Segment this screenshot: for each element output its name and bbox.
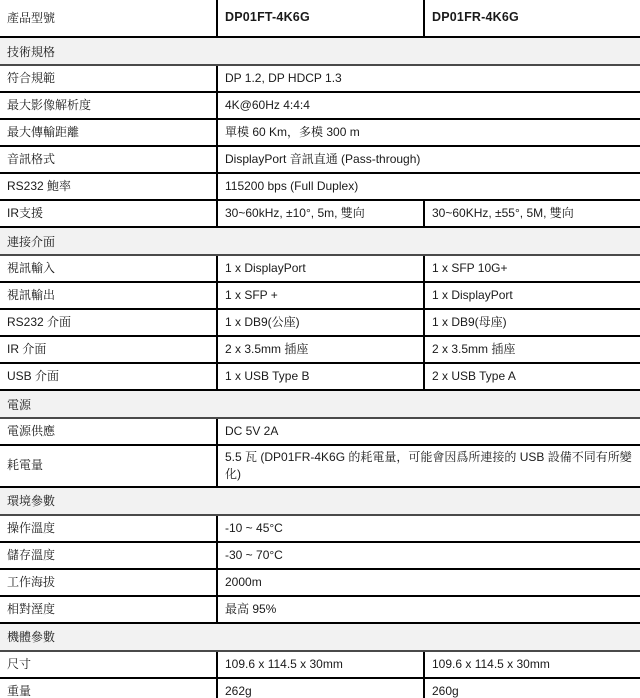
spec-value-col1: 1 x DB9(公座)	[216, 310, 423, 335]
section-header: 技術規格	[0, 38, 640, 66]
section-title: 技術規格	[7, 43, 55, 60]
spec-value-col1: 1 x USB Type B	[216, 364, 423, 389]
spec-label: 最大影像解析度	[0, 93, 216, 118]
section-title: 連接介面	[7, 233, 55, 250]
spec-value-col2: 2 x USB Type A	[423, 364, 640, 389]
spec-label: RS232 介面	[0, 310, 216, 335]
section-title: 機體參數	[7, 628, 55, 645]
spec-row: RS232 介面 1 x DB9(公座) 1 x DB9(母座)	[0, 310, 640, 337]
product-model-row: 產品型號 DP01FT-4K6G DP01FR-4K6G	[0, 0, 640, 38]
spec-value-col2: 109.6 x 114.5 x 30mm	[423, 652, 640, 677]
spec-row: 尺寸 109.6 x 114.5 x 30mm 109.6 x 114.5 x …	[0, 652, 640, 679]
spec-label: 最大傳輸距離	[0, 120, 216, 145]
spec-value-col1: 1 x DisplayPort	[216, 256, 423, 281]
product-model-label: 產品型號	[0, 0, 216, 36]
spec-row: 視訊輸出 1 x SFP + 1 x DisplayPort	[0, 283, 640, 310]
spec-value-col2: 260g	[423, 679, 640, 698]
spec-value: DC 5V 2A	[216, 419, 640, 444]
section-header: 連接介面	[0, 228, 640, 256]
spec-value: -10 ~ 45°C	[216, 516, 640, 541]
section-header: 環境參數	[0, 488, 640, 516]
product-model-col2: DP01FR-4K6G	[423, 0, 640, 36]
spec-row: IR支援 30~60kHz, ±10°, 5m, 雙向 30~60KHz, ±5…	[0, 201, 640, 228]
spec-label: 符合規範	[0, 66, 216, 91]
spec-row: 音訊格式 DisplayPort 音訊直通 (Pass-through)	[0, 147, 640, 174]
spec-value-col2: 1 x DisplayPort	[423, 283, 640, 308]
spec-value-col1: 262g	[216, 679, 423, 698]
spec-row: 符合規範 DP 1.2, DP HDCP 1.3	[0, 66, 640, 93]
spec-value: 最高 95%	[216, 597, 640, 622]
spec-row: 視訊輸入 1 x DisplayPort 1 x SFP 10G+	[0, 256, 640, 283]
spec-label: 電源供應	[0, 419, 216, 444]
spec-value-col1: 30~60kHz, ±10°, 5m, 雙向	[216, 201, 423, 226]
spec-label: 耗電量	[0, 446, 216, 486]
section-title: 電源	[7, 396, 31, 413]
spec-value-col1: 1 x SFP +	[216, 283, 423, 308]
spec-value: 單模 60 Km，多模 300 m	[216, 120, 640, 145]
spec-row: 儲存溫度 -30 ~ 70°C	[0, 543, 640, 570]
section-header: 機體參數	[0, 624, 640, 652]
spec-row: 操作溫度 -10 ~ 45°C	[0, 516, 640, 543]
spec-row: 耗電量 5.5 瓦 (DP01FR-4K6G 的耗電量，可能會因爲所連接的 US…	[0, 446, 640, 488]
spec-value-col2: 1 x SFP 10G+	[423, 256, 640, 281]
spec-row: USB 介面 1 x USB Type B 2 x USB Type A	[0, 364, 640, 391]
spec-value: DP 1.2, DP HDCP 1.3	[216, 66, 640, 91]
spec-value-col2: 2 x 3.5mm 插座	[423, 337, 640, 362]
spec-value-col1: 2 x 3.5mm 插座	[216, 337, 423, 362]
spec-row: 工作海拔 2000m	[0, 570, 640, 597]
spec-value-col1: 109.6 x 114.5 x 30mm	[216, 652, 423, 677]
spec-value-col2: 1 x DB9(母座)	[423, 310, 640, 335]
spec-label: RS232 鮑率	[0, 174, 216, 199]
spec-label: 尺寸	[0, 652, 216, 677]
spec-table: 產品型號 DP01FT-4K6G DP01FR-4K6G 技術規格 符合規範 D…	[0, 0, 640, 698]
spec-value: 2000m	[216, 570, 640, 595]
spec-value: -30 ~ 70°C	[216, 543, 640, 568]
spec-row: 最大影像解析度 4K@60Hz 4:4:4	[0, 93, 640, 120]
spec-label: 音訊格式	[0, 147, 216, 172]
spec-value-col2: 30~60KHz, ±55°, 5M, 雙向	[423, 201, 640, 226]
spec-value: 4K@60Hz 4:4:4	[216, 93, 640, 118]
spec-value: 5.5 瓦 (DP01FR-4K6G 的耗電量，可能會因爲所連接的 USB 設備…	[216, 446, 640, 486]
section-title: 環境參數	[7, 492, 55, 509]
spec-label: 視訊輸入	[0, 256, 216, 281]
spec-label: 視訊輸出	[0, 283, 216, 308]
section-header: 電源	[0, 391, 640, 419]
spec-label: USB 介面	[0, 364, 216, 389]
spec-label: 相對溼度	[0, 597, 216, 622]
spec-row: RS232 鮑率 115200 bps (Full Duplex)	[0, 174, 640, 201]
spec-row: IR 介面 2 x 3.5mm 插座 2 x 3.5mm 插座	[0, 337, 640, 364]
spec-label: 重量	[0, 679, 216, 698]
spec-label: IR支援	[0, 201, 216, 226]
spec-label: IR 介面	[0, 337, 216, 362]
spec-row: 最大傳輸距離 單模 60 Km，多模 300 m	[0, 120, 640, 147]
spec-label: 工作海拔	[0, 570, 216, 595]
spec-row: 重量 262g 260g	[0, 679, 640, 698]
spec-row: 相對溼度 最高 95%	[0, 597, 640, 624]
spec-value: DisplayPort 音訊直通 (Pass-through)	[216, 147, 640, 172]
spec-label: 操作溫度	[0, 516, 216, 541]
spec-value: 115200 bps (Full Duplex)	[216, 174, 640, 199]
product-model-col1: DP01FT-4K6G	[216, 0, 423, 36]
spec-row: 電源供應 DC 5V 2A	[0, 419, 640, 446]
spec-label: 儲存溫度	[0, 543, 216, 568]
